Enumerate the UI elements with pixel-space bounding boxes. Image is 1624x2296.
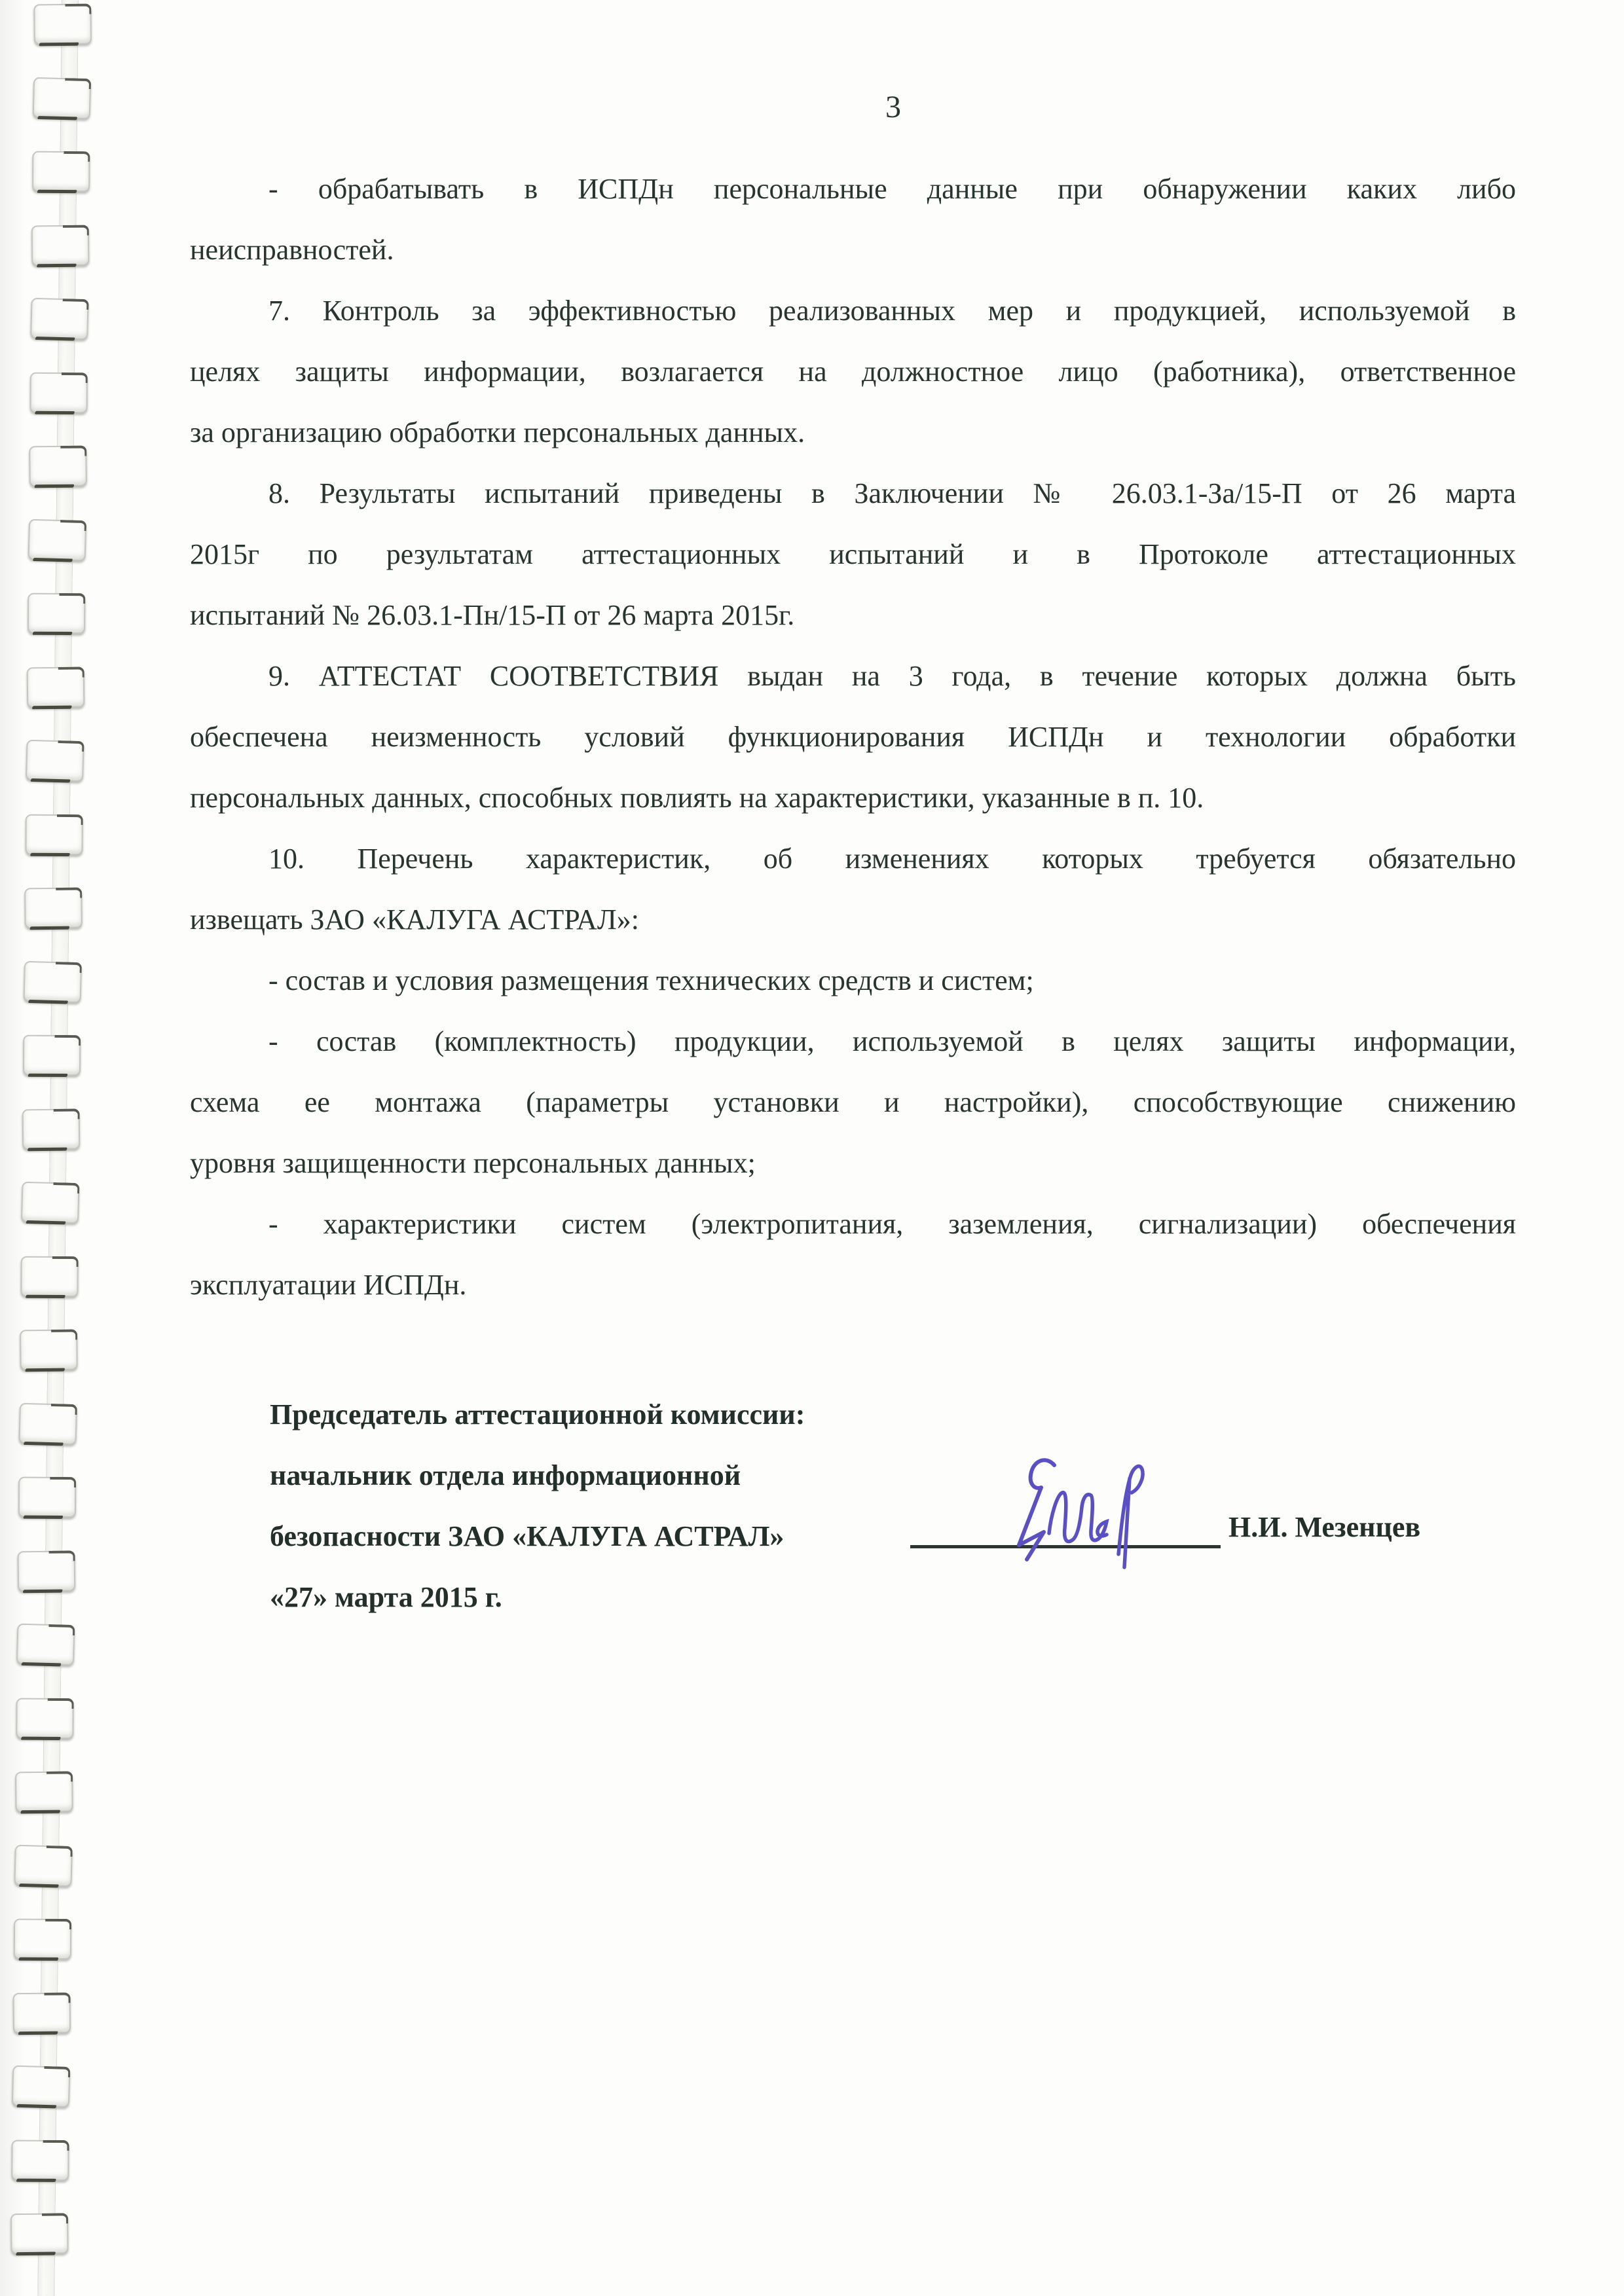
text-line: 2015г по результатам аттестационных испы… — [190, 524, 1516, 585]
text-line: целях защиты информации, возлагается на … — [190, 341, 1516, 402]
text-line: обеспечена неизменность условий функцион… — [190, 706, 1516, 767]
text-line: 7. Контроль за эффективностью реализован… — [190, 280, 1516, 341]
binding-ring — [32, 151, 90, 192]
binding-ring — [33, 77, 92, 118]
text-line: 10. Перечень характеристик, об изменения… — [190, 828, 1516, 889]
binding-ring — [25, 814, 83, 854]
binding-ring — [18, 1550, 76, 1592]
text-line: извещать ЗАО «КАЛУГА АСТРАЛ»: — [190, 889, 1516, 950]
binding-ring — [14, 1844, 73, 1886]
text-line: - состав (комплектность) продукции, испо… — [190, 1011, 1516, 1072]
binding-ring — [12, 2066, 71, 2107]
binding-ring — [26, 740, 84, 782]
binding-ring — [28, 593, 85, 634]
binding-ring — [16, 1698, 73, 1738]
text-line: испытаний № 26.03.1-Пн/15-П от 26 марта … — [190, 585, 1516, 646]
signature-title-line: начальник отдела информационной — [270, 1445, 990, 1506]
binding-ring — [12, 1992, 71, 2033]
binding-ring — [16, 1624, 75, 1666]
binding-ring — [10, 2213, 69, 2254]
signature-name: Н.И. Мезенцев — [1228, 1508, 1420, 1547]
binding-ring — [14, 1919, 71, 1959]
signature-title-line: безопасности ЗАО «КАЛУГА АСТРАЛ» — [270, 1506, 990, 1567]
scanned-document-page: { "page": { "number": "3" }, "document":… — [0, 0, 1624, 2296]
text-line: схема ее монтажа (параметры установки и … — [190, 1072, 1516, 1133]
binding-ring — [18, 1477, 76, 1518]
signature-title-line: «27» марта 2015 г. — [270, 1567, 990, 1628]
binding-ring — [18, 1402, 77, 1444]
binding-ring — [23, 1035, 81, 1076]
binding-ring — [20, 1329, 78, 1370]
binding-ring — [15, 1771, 73, 1812]
text-line: - обрабатывать в ИСПДн персональные данн… — [190, 158, 1516, 219]
binding-ring — [28, 519, 87, 560]
text-line: персональных данных, способных повлиять … — [190, 767, 1516, 828]
text-line: 8. Результаты испытаний приведены в Закл… — [190, 463, 1516, 524]
binding-ring — [24, 887, 83, 928]
signature-block: Председатель аттестационной комиссии:нач… — [270, 1384, 990, 1628]
binding-ring — [21, 1182, 80, 1224]
text-line: 9. АТТЕСТАТ СООТВЕТСТВИЯ выдан на 3 года… — [190, 646, 1516, 706]
text-line: уровня защищенности персональных данных; — [190, 1133, 1516, 1194]
binding-ring — [30, 298, 89, 340]
handwritten-signature-icon — [990, 1455, 1160, 1573]
binding-ring — [22, 1108, 81, 1150]
binding-ring — [29, 445, 87, 486]
binding-ring — [30, 372, 88, 412]
text-line: - состав и условия размещения технически… — [190, 950, 1516, 1011]
document-body: - обрабатывать в ИСПДн персональные данн… — [190, 158, 1516, 1315]
binding-ring — [20, 1256, 78, 1296]
binding-ring — [27, 666, 85, 708]
text-line: эксплуатации ИСПДн. — [190, 1254, 1516, 1315]
binding-ring — [33, 4, 92, 45]
signature-title-line: Председатель аттестационной комиссии: — [270, 1384, 990, 1445]
binding-ring — [11, 2140, 69, 2180]
page-number: 3 — [885, 90, 901, 124]
text-line: - характеристики систем (электропитания,… — [190, 1194, 1516, 1254]
text-line: неисправностей. — [190, 219, 1516, 280]
binding-ring — [24, 960, 83, 1002]
text-line: за организацию обработки персональных да… — [190, 402, 1516, 463]
binding-ring — [31, 225, 90, 266]
